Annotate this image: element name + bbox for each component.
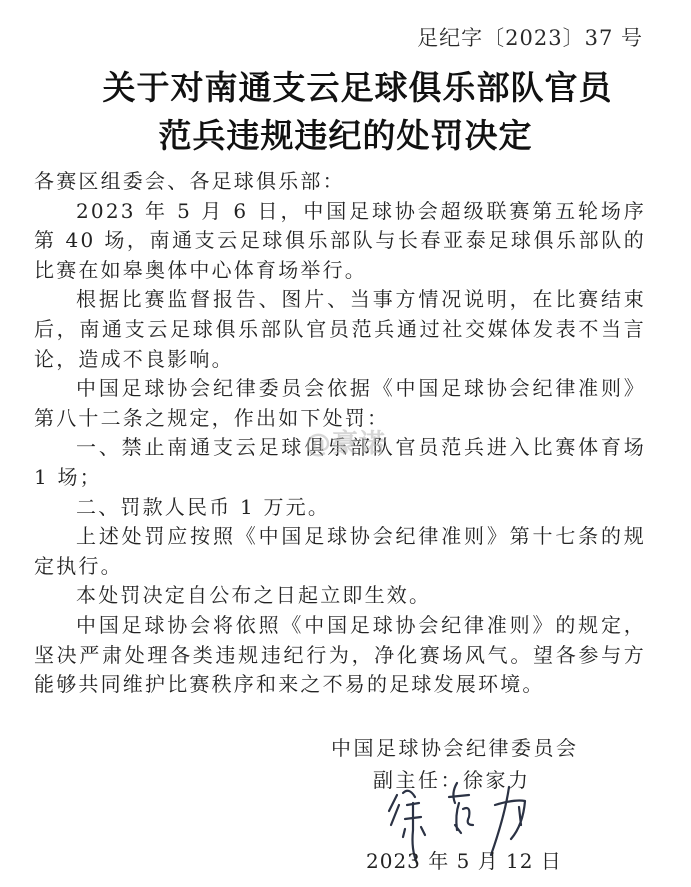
penalty-item-2: 二、罚款人民币 1 万元。 bbox=[34, 493, 646, 523]
signatory-organization: 中国足球协会纪律委员会 bbox=[331, 732, 579, 761]
paragraph-closing: 中国足球协会将依照《中国足球协会纪律准则》的规定，坚决严肃处理各类违规违纪行为，… bbox=[34, 611, 646, 700]
paragraph-execution: 上述处罚应按照《中国足球协会纪律准则》第十七条的规定执行。 bbox=[34, 522, 646, 581]
document-title-line-1: 关于对南通支云足球俱乐部队官员 bbox=[12, 62, 691, 109]
paragraph-finding: 根据比赛监督报告、图片、当事方情况说明，在比赛结束后，南通支云足球俱乐部队官员范… bbox=[34, 285, 646, 374]
paragraph-incident: 2023 年 5 月 6 日，中国足球协会超级联赛第五轮场序第 40 场，南通支… bbox=[34, 197, 646, 286]
document-date: 2023 年 5 月 12 日 bbox=[366, 845, 562, 874]
paragraph-effective: 本处罚决定自公布之日起立即生效。 bbox=[34, 581, 646, 611]
watermark: @豪诺 bbox=[305, 423, 386, 460]
document-number: 足纪字〔2023〕37 号 bbox=[417, 22, 643, 52]
salutation: 各赛区组委会、各足球俱乐部： bbox=[34, 167, 646, 197]
document-title-line-2: 范兵违规违纪的处罚决定 bbox=[0, 110, 691, 157]
